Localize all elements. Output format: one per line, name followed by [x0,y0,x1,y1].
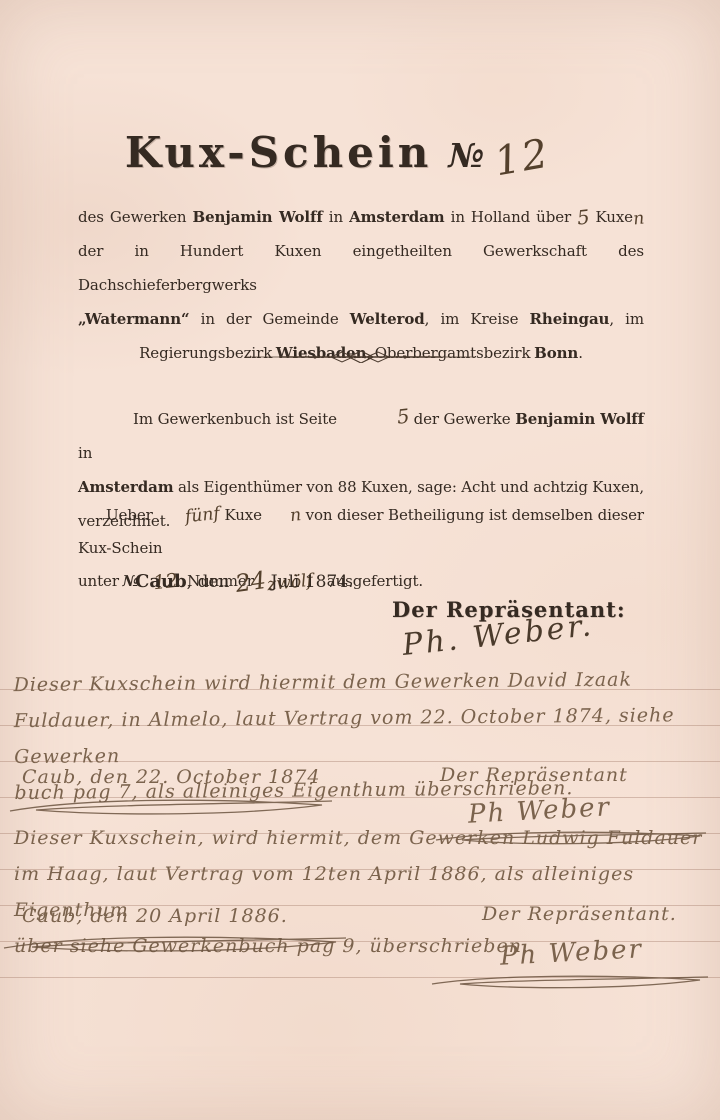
text-segment: Im Gewerkenbuch ist Seite [133,410,342,428]
intro-paragraph: des Gewerken Benjamin Wolff in Amsterdam… [78,200,644,370]
text-segment: Kuxe [220,506,262,524]
register-line-1: Im Gewerkenbuch ist Seite 5 der Gewerke … [78,402,644,470]
kux-schein-certificate: Kux-Schein№12 des Gewerken Benjamin Wolf… [0,0,720,1120]
mine-name: „Watermann“ [78,310,190,328]
page-number-handwritten: 5 [341,407,410,433]
text-segment: des Gewerken [78,208,193,226]
owner-city: Amsterdam [349,208,445,226]
intro-line-2: der in Hundert Kuxen eingetheilten Gewer… [78,234,644,302]
title-text: Kux-Schein [125,128,433,177]
issue-date-line: Caub, den 24 Juli 1874. [135,565,353,593]
text-segment: unter [78,572,123,590]
text-segment: , den [187,572,235,592]
text-segment: Juli 1874. [265,572,353,592]
text-segment: Ueber [106,506,157,524]
gemeinde-name: Welterod [350,310,425,328]
intro-line-3: „Watermann“ in der Gemeinde Welterod, im… [78,302,644,336]
day-handwritten: 24 [233,566,267,598]
text-segment: Kuxe [589,208,633,226]
kux-count-handwritten: 5 [576,207,590,228]
flourish-icon [428,972,718,994]
owner-name: Benjamin Wolff [515,410,644,428]
kuxe-suffix-handwritten: n [261,507,302,528]
kuxe-suffix-handwritten: n [632,210,645,228]
flourish-icon [6,795,336,821]
annotation-1874-date: Caub, den 22. October 1874 [22,766,320,788]
text-segment: in [323,208,349,226]
annotation-1874-rep-label: Der Repräsentant [440,764,628,786]
text-segment: , im [609,310,644,328]
text-segment: , im Kreise [425,310,530,328]
intro-line-1: des Gewerken Benjamin Wolff in Amsterdam… [78,200,644,234]
annotation-line: Dieser Kuxschein, wird hiermit, dem Gewe… [14,820,716,856]
certificate-number-handwritten: 12 [491,131,553,186]
annotation-1886-rep-label: Der Repräsentant. [482,903,677,925]
place-name: Caub [135,571,187,592]
flourish-icon [0,932,350,958]
kux-count-word-handwritten: fünf [157,506,221,530]
owner-name: Benjamin Wolff [193,208,323,226]
kreis-name: Rheingau [530,310,610,328]
text-segment: in der Gemeinde [190,310,350,328]
text-segment: in [78,444,92,462]
issue-line-1: Ueber fünf Kuxen von dieser Betheiligung… [78,499,644,565]
numero-sign: № [448,136,484,175]
annotation-1886-date: Caub, den 20 April 1886. [22,905,288,927]
annotation-line: Dieser Kuxschein wird hiermit dem Gewerk… [13,661,715,703]
owner-city: Amsterdam [78,478,174,496]
ornamental-divider-icon [245,349,475,363]
text-segment: als Eigenthümer von 88 Kuxen, sage: Acht… [174,478,644,496]
document-title: Kux-Schein№12 [0,128,720,177]
transfer-annotation-1874: Dieser Kuxschein wird hiermit dem Gewerk… [13,661,716,811]
oberbergamt-name: Bonn [534,344,578,362]
text-segment: . [578,344,583,362]
text-segment: in Holland über [445,208,578,226]
text-segment: der Gewerke [409,410,515,428]
